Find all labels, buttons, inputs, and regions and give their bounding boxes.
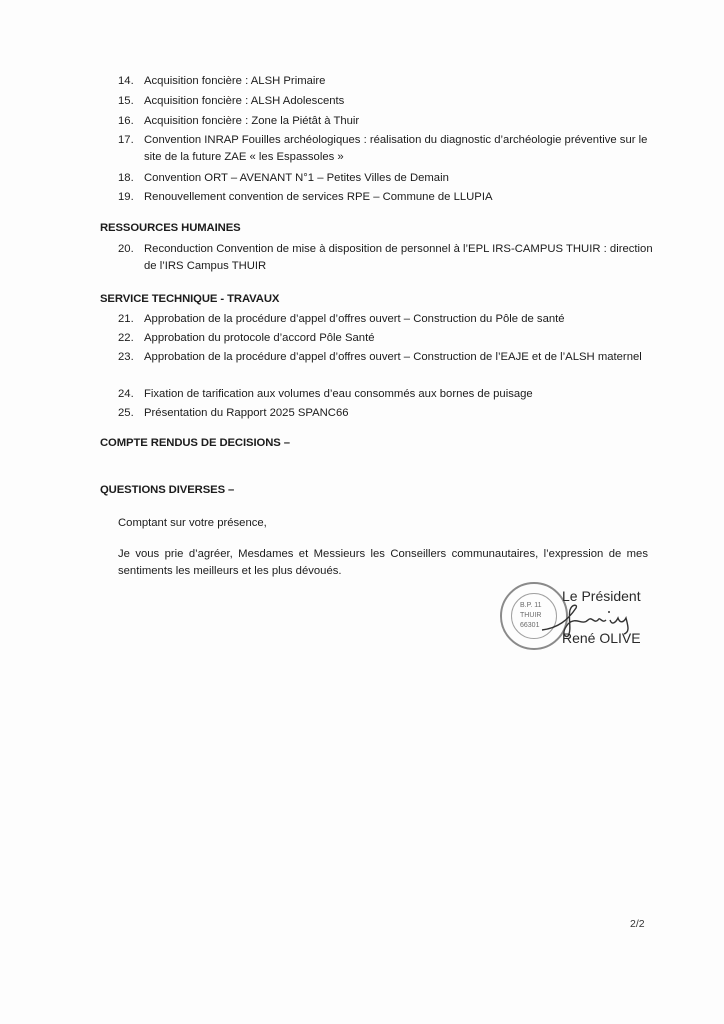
document-page: 14. Acquisition foncière : ALSH Primaire… — [0, 0, 724, 1024]
item-text: Renouvellement convention de services RP… — [144, 189, 658, 206]
item-number: 24. — [118, 386, 134, 403]
agenda-item-23: 23. Approbation de la procédure d’appel … — [118, 349, 658, 366]
section-heading-service-technique: SERVICE TECHNIQUE - TRAVAUX — [100, 293, 279, 305]
item-number: 17. — [118, 132, 134, 149]
agenda-item-21: 21. Approbation de la procédure d’appel … — [118, 311, 658, 328]
section-heading-questions-diverses: QUESTIONS DIVERSES – — [100, 484, 234, 496]
item-number: 25. — [118, 405, 134, 422]
signatory-title: Le Président — [562, 588, 641, 604]
agenda-item-19: 19. Renouvellement convention de service… — [118, 189, 658, 206]
agenda-item-14: 14. Acquisition foncière : ALSH Primaire — [118, 73, 658, 90]
item-number: 22. — [118, 330, 134, 347]
item-number: 23. — [118, 349, 134, 366]
section-heading-compte-rendus: COMPTE RENDUS DE DECISIONS – — [100, 437, 290, 449]
item-text: Convention ORT – AVENANT N°1 – Petites V… — [144, 170, 658, 187]
signatory-name: René OLIVE — [562, 630, 641, 646]
item-number: 18. — [118, 170, 134, 187]
agenda-item-17: 17. Convention INRAP Fouilles archéologi… — [118, 132, 658, 166]
item-number: 19. — [118, 189, 134, 206]
agenda-item-18: 18. Convention ORT – AVENANT N°1 – Petit… — [118, 170, 658, 187]
item-text: Convention INRAP Fouilles archéologiques… — [144, 132, 658, 166]
agenda-item-20: 20. Reconduction Convention de mise à di… — [118, 241, 658, 275]
item-text: Acquisition foncière : ALSH Adolescents — [144, 93, 658, 110]
agenda-item-24: 24. Fixation de tarification aux volumes… — [118, 386, 658, 403]
agenda-item-15: 15. Acquisition foncière : ALSH Adolesce… — [118, 93, 658, 110]
item-text: Fixation de tarification aux volumes d’e… — [144, 386, 658, 403]
item-text: Reconduction Convention de mise à dispos… — [144, 241, 658, 275]
item-text: Approbation de la procédure d’appel d’of… — [144, 311, 658, 328]
signature-block: B.P. 11 THUIR 66301 Le Président René OL… — [490, 580, 660, 660]
agenda-item-22: 22. Approbation du protocole d’accord Pô… — [118, 330, 658, 347]
item-number: 20. — [118, 241, 134, 258]
closing-line-2: Je vous prie d’agréer, Mesdames et Messi… — [118, 546, 648, 580]
item-text: Approbation de la procédure d’appel d’of… — [144, 349, 658, 366]
section-heading-ressources-humaines: RESSOURCES HUMAINES — [100, 222, 241, 234]
page-number: 2/2 — [630, 918, 645, 930]
stamp-line: 66301 — [520, 622, 539, 629]
item-number: 15. — [118, 93, 134, 110]
agenda-item-16: 16. Acquisition foncière : Zone la Piétâ… — [118, 113, 658, 130]
item-text: Présentation du Rapport 2025 SPANC66 — [144, 405, 658, 422]
closing-line-1: Comptant sur votre présence, — [118, 515, 648, 532]
item-number: 21. — [118, 311, 134, 328]
agenda-item-25: 25. Présentation du Rapport 2025 SPANC66 — [118, 405, 658, 422]
item-text: Acquisition foncière : Zone la Piétât à … — [144, 113, 658, 130]
item-text: Acquisition foncière : ALSH Primaire — [144, 73, 658, 90]
item-text: Approbation du protocole d’accord Pôle S… — [144, 330, 658, 347]
item-number: 14. — [118, 73, 134, 90]
item-number: 16. — [118, 113, 134, 130]
